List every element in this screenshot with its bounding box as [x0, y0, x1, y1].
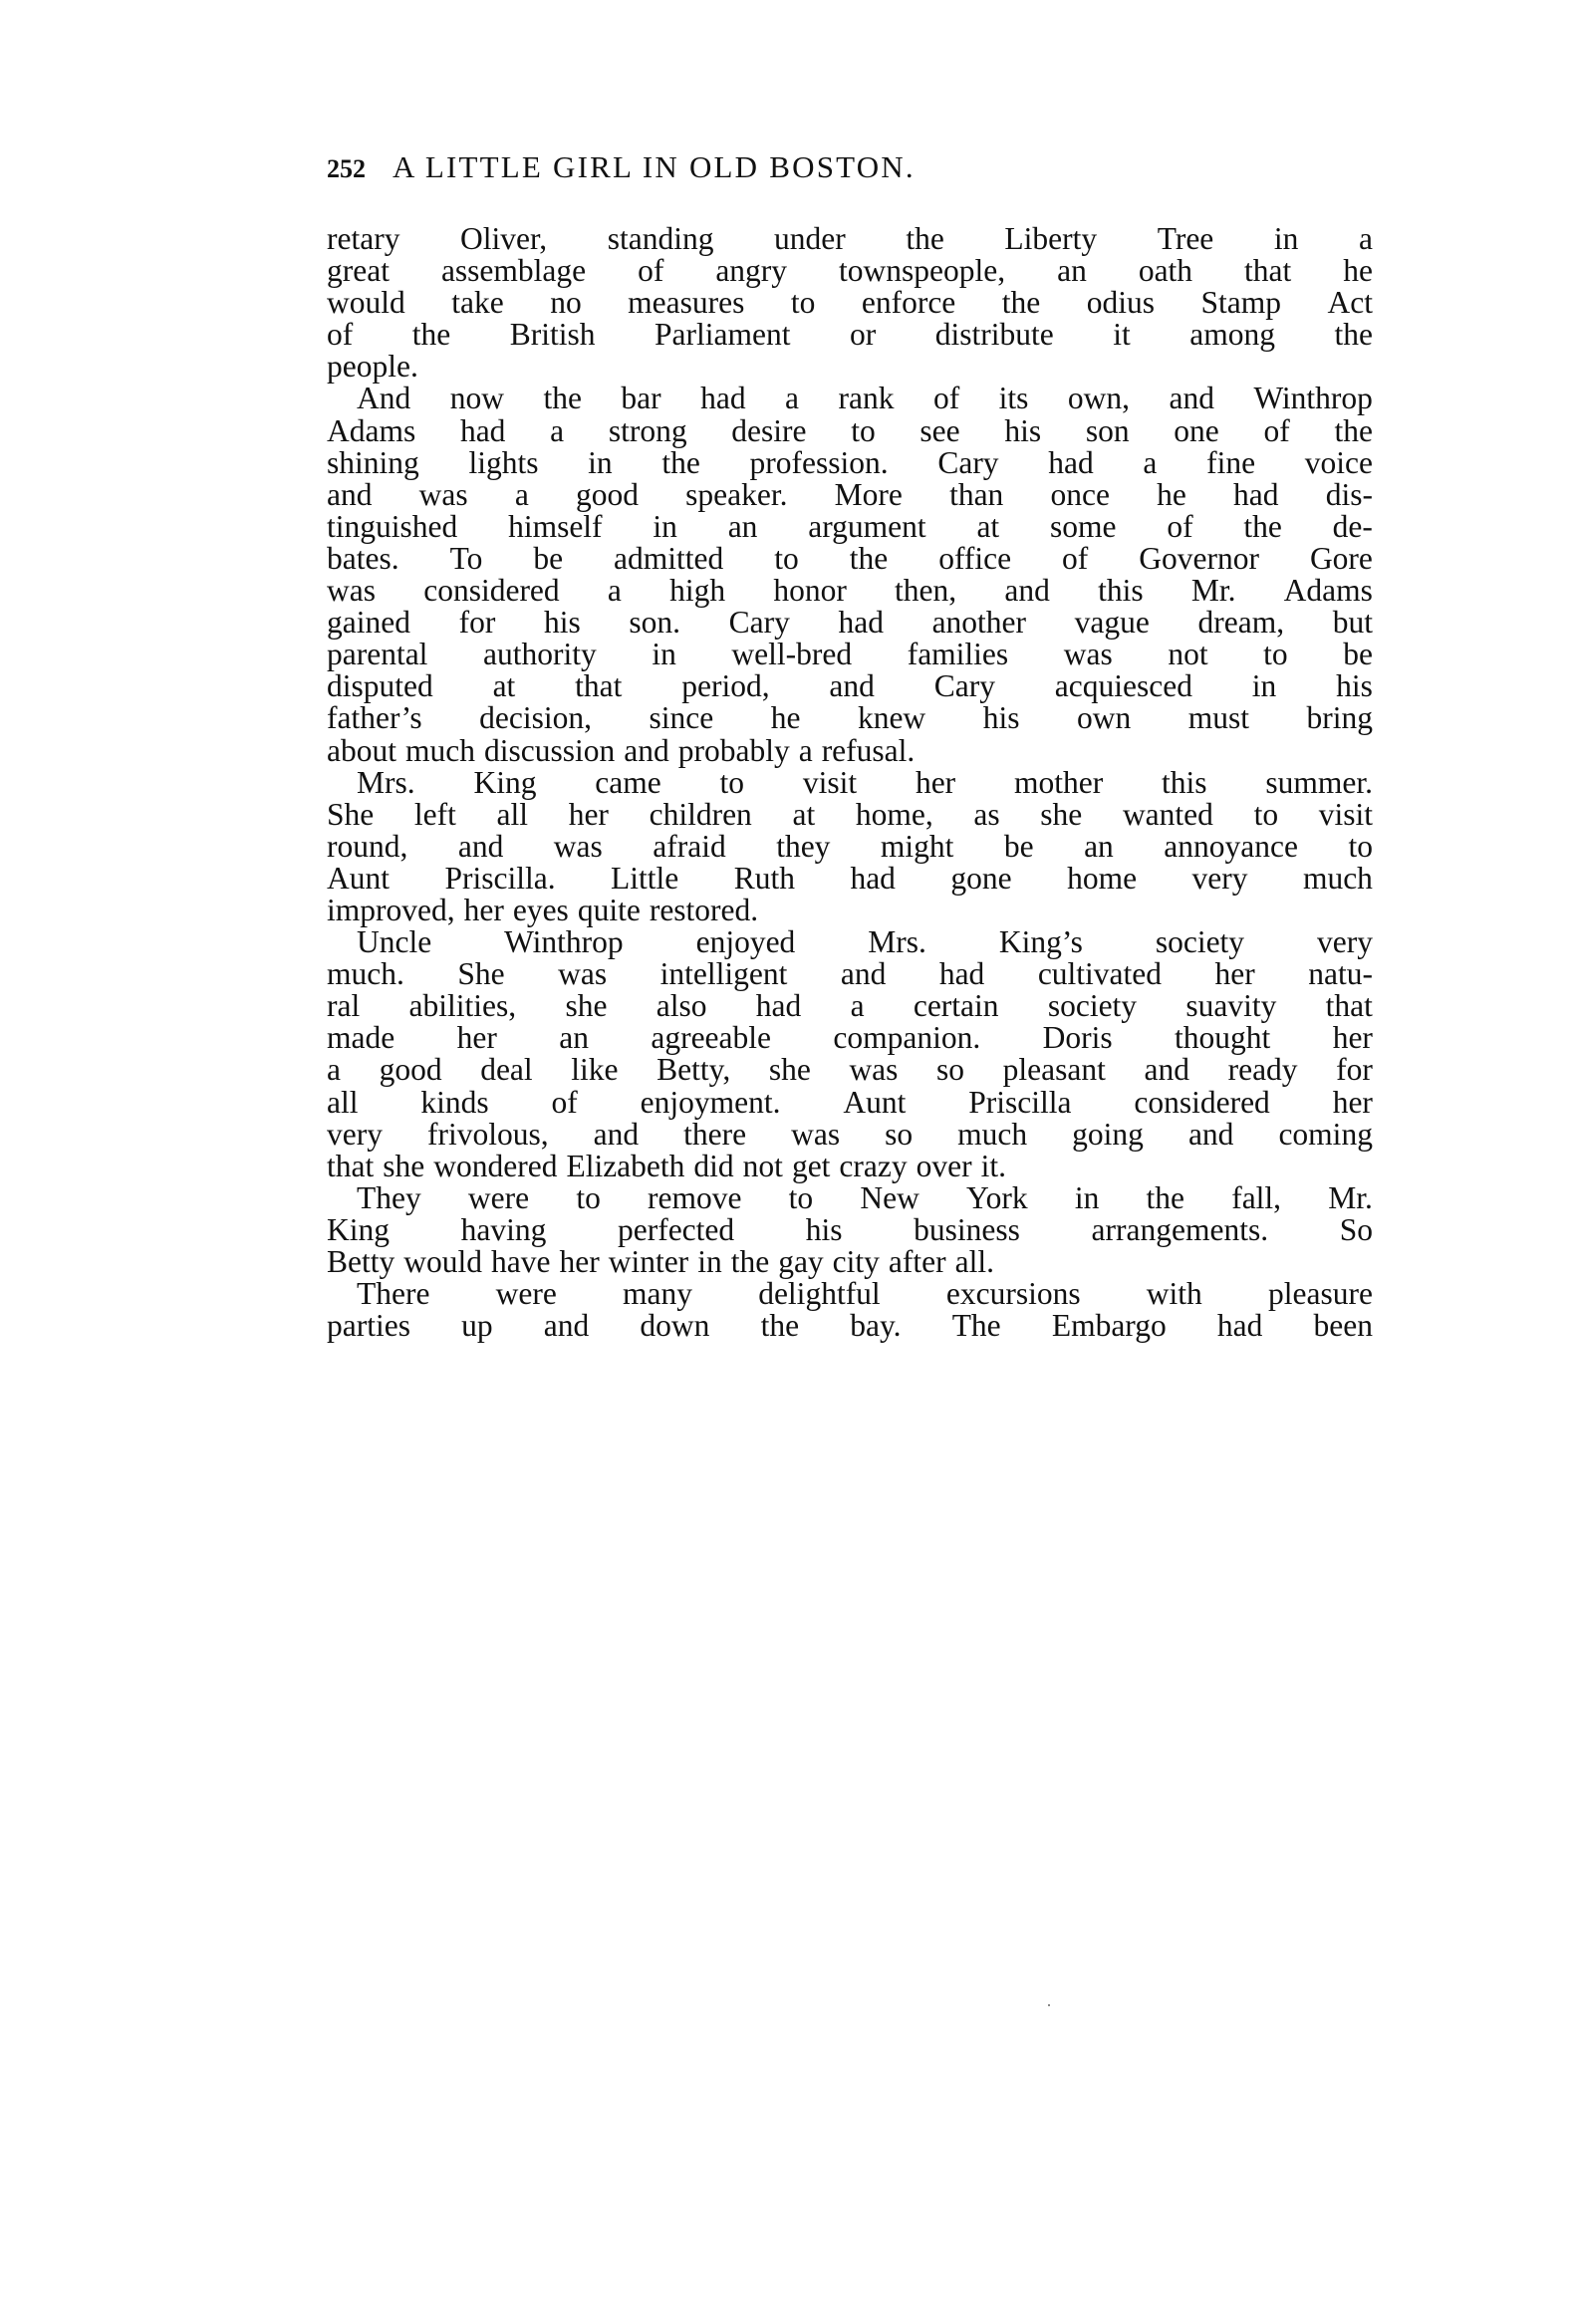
text-line: wasconsideredahighhonorthen,andthisMr.Ad… — [327, 575, 1373, 607]
text-line: Mrs.Kingcametovisithermotherthissummer. — [327, 767, 1373, 799]
running-head: 252 A LITTLE GIRL IN OLD BOSTON. — [327, 149, 1373, 201]
paragraph: Thereweremanydelightfulexcursionswithple… — [327, 1278, 1373, 1342]
text-line: andwasagoodspeaker.Morethanoncehehaddis- — [327, 479, 1373, 511]
text-line: AuntPriscilla.LittleRuthhadgonehomeverym… — [327, 863, 1373, 895]
text-line: allkindsofenjoyment.AuntPriscillaconside… — [327, 1087, 1373, 1119]
text-line: people. — [327, 351, 1373, 383]
paragraph: retaryOliver,standingundertheLibertyTree… — [327, 223, 1373, 383]
text-line: disputedatthatperiod,andCaryacquiescedin… — [327, 670, 1373, 702]
text-line: Sheleftallherchildrenathome,asshewantedt… — [327, 799, 1373, 831]
text-line: Andnowthebarhadarankofitsown,andWinthrop — [327, 383, 1373, 414]
text-line: madeheranagreeablecompanion.Doristhought… — [327, 1022, 1373, 1054]
text-line: wouldtakenomeasurestoenforcetheodiusStam… — [327, 287, 1373, 319]
text-line: bates.TobeadmittedtotheofficeofGovernorG… — [327, 543, 1373, 575]
text-line: tinguishedhimselfinanargumentatsomeofthe… — [327, 511, 1373, 543]
text-line: veryfrivolous,andtherewassomuchgoingandc… — [327, 1119, 1373, 1151]
body-text: retaryOliver,standingundertheLibertyTree… — [327, 223, 1373, 1342]
text-line: Adamshadastrongdesiretoseehissononeofthe — [327, 415, 1373, 447]
text-line: oftheBritishParliamentordistributeitamon… — [327, 319, 1373, 351]
text-line: agooddeallikeBetty,shewassopleasantandre… — [327, 1054, 1373, 1086]
text-line: thatshewonderedElizabethdidnotgetcrazyov… — [327, 1151, 1373, 1182]
paragraph: Andnowthebarhadarankofitsown,andWinthrop… — [327, 383, 1373, 766]
text-line: gainedforhisson.Caryhadanothervaguedream… — [327, 607, 1373, 639]
text-line: father’sdecision,sinceheknewhisownmustbr… — [327, 702, 1373, 734]
text-line: TheyweretoremovetoNewYorkinthefall,Mr. — [327, 1182, 1373, 1214]
book-page: 252 A LITTLE GIRL IN OLD BOSTON. retaryO… — [327, 149, 1373, 1342]
text-line: improved,hereyesquiterestored. — [327, 895, 1373, 926]
text-line: retaryOliver,standingundertheLibertyTree… — [327, 223, 1373, 255]
paragraph: TheyweretoremovetoNewYorkinthefall,Mr.Ki… — [327, 1182, 1373, 1278]
text-line: Bettywouldhaveherwinterinthegaycityafter… — [327, 1246, 1373, 1278]
page-number: 252 — [327, 154, 393, 184]
paragraph: Mrs.Kingcametovisithermotherthissummer.S… — [327, 767, 1373, 926]
text-line: round,andwasafraidtheymightbeanannoyance… — [327, 831, 1373, 863]
scan-speck — [1048, 2004, 1050, 2006]
text-line: shininglightsintheprofession.Caryhadafin… — [327, 447, 1373, 479]
text-line: parentalauthorityinwell-bredfamilieswasn… — [327, 639, 1373, 670]
text-line: partiesupanddownthebay.TheEmbargohadbeen — [327, 1310, 1373, 1342]
text-line: Kinghavingperfectedhisbusinessarrangemen… — [327, 1214, 1373, 1246]
text-line: UncleWinthropenjoyedMrs.King’ssocietyver… — [327, 926, 1373, 958]
text-line: much.Shewasintelligentandhadcultivatedhe… — [327, 958, 1373, 990]
running-title: A LITTLE GIRL IN OLD BOSTON. — [393, 149, 916, 185]
text-line: ralabilities,shealsohadacertainsocietysu… — [327, 990, 1373, 1022]
text-line: aboutmuchdiscussionandprobablyarefusal. — [327, 735, 1373, 767]
text-line: Thereweremanydelightfulexcursionswithple… — [327, 1278, 1373, 1310]
text-line: greatassemblageofangrytownspeople,anoath… — [327, 255, 1373, 287]
paragraph: UncleWinthropenjoyedMrs.King’ssocietyver… — [327, 926, 1373, 1182]
